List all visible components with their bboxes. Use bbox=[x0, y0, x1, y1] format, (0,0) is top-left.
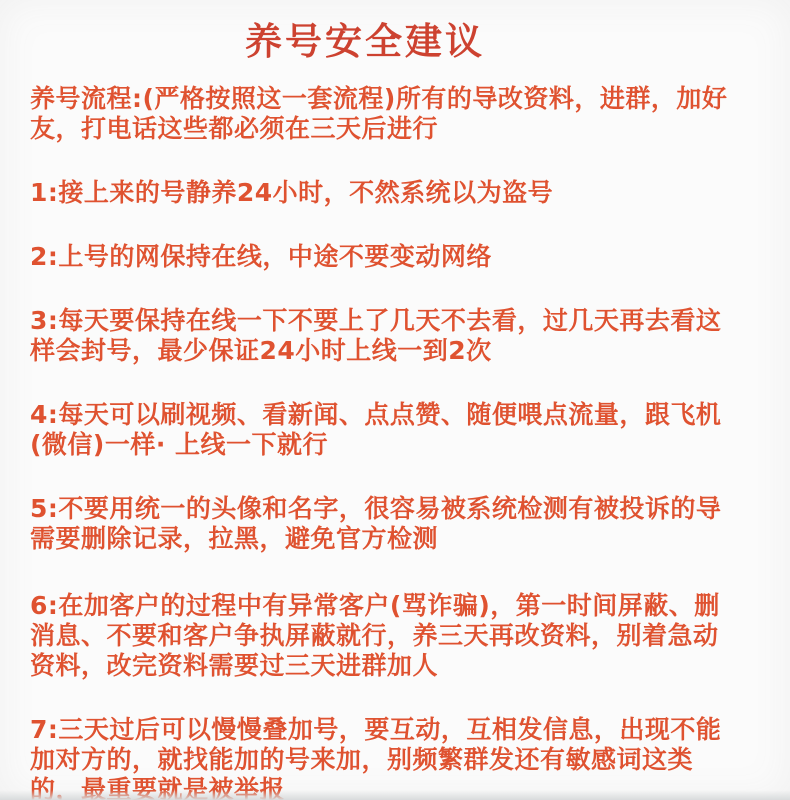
suggestion-item-1: 1:接上来的号静养24小时，不然系统以为盗号 bbox=[30, 178, 730, 208]
bottom-edge-shadow bbox=[0, 790, 790, 800]
page-title: 养号安全建议 bbox=[30, 20, 700, 64]
document-page: 养号安全建议 养号流程:(严格按照这一套流程)所有的导改资料，进群，加好 友，打… bbox=[0, 0, 790, 800]
suggestion-item-2: 2:上号的网保持在线，中途不要变动网络 bbox=[30, 242, 730, 272]
suggestion-item-3: 3:每天要保持在线一下不要上了几天不去看，过几天再去看这 样会封号，最少保证24… bbox=[30, 306, 730, 366]
suggestion-item-7: 7:三天过后可以慢慢叠加号，要互动，互相发信息，出现不能 加对方的，就找能加的号… bbox=[30, 715, 730, 800]
suggestion-item-6: 6:在加客户的过程中有异常客户(骂诈骗)，第一时间屏蔽、删 消息、不要和客户争执… bbox=[30, 591, 730, 681]
intro-paragraph: 养号流程:(严格按照这一套流程)所有的导改资料，进群，加好 友，打电话这些都必须… bbox=[30, 84, 730, 144]
suggestion-item-4: 4:每天可以刷视频、看新闻、点点赞、随便喂点流量，跟飞机 (微信)一样· 上线一… bbox=[30, 400, 730, 460]
suggestion-item-5: 5:不要用统一的头像和名字，很容易被系统检测有被投诉的导 需要删除记录，拉黑，避… bbox=[30, 494, 730, 554]
